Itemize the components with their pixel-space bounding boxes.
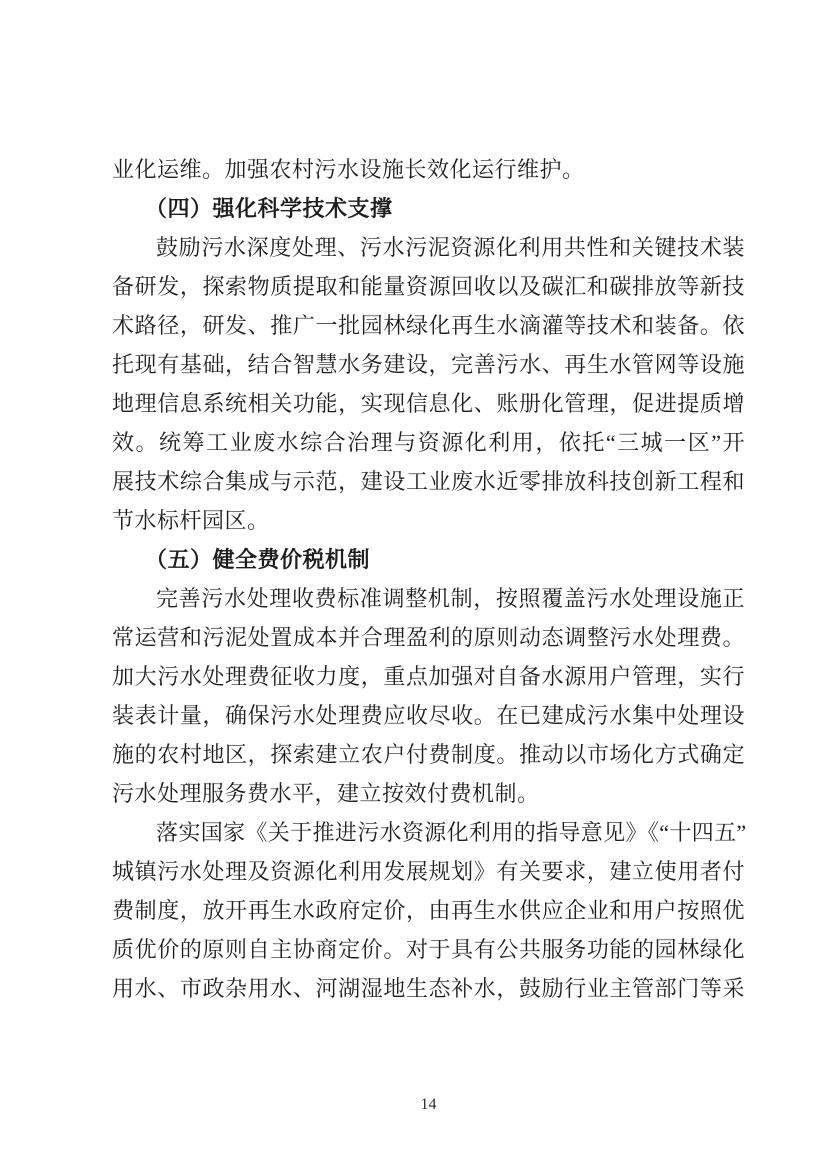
text-line: 用水、市政杂用水、河湖湿地生态补水，鼓励行业主管部门等采: [112, 969, 745, 1008]
section-heading: （五）健全费价税机制: [112, 540, 745, 579]
text-line: 鼓励污水深度处理、污水污泥资源化利用共性和关键技术装: [112, 228, 745, 267]
text-line: 施的农村地区，探索建立农户付费制度。推动以市场化方式确定: [112, 735, 745, 774]
text-line: 完善污水处理收费标准调整机制，按照覆盖污水处理设施正: [112, 579, 745, 618]
text-line: 污水处理服务费水平，建立按效付费机制。: [112, 774, 745, 813]
document-body: 业化运维。加强农村污水设施长效化运行维护。（四）强化科学技术支撑鼓励污水深度处理…: [112, 150, 745, 1008]
text-line: 地理信息系统相关功能，实现信息化、账册化管理，促进提质增: [112, 384, 745, 423]
text-line: 加大污水处理费征收力度，重点加强对自备水源用户管理，实行: [112, 657, 745, 696]
text-line: 城镇污水处理及资源化利用发展规划》有关要求，建立使用者付: [112, 852, 745, 891]
text-line: 术路径，研发、推广一批园林绿化再生水滴灌等技术和装备。依: [112, 306, 745, 345]
document-page: 业化运维。加强农村污水设施长效化运行维护。（四）强化科学技术支撑鼓励污水深度处理…: [0, 0, 827, 1169]
text-line: 落实国家《关于推进污水资源化利用的指导意见》《“十四五”: [112, 813, 745, 852]
text-line: 质优价的原则自主协商定价。对于具有公共服务功能的园林绿化: [112, 930, 745, 969]
text-line: 装表计量，确保污水处理费应收尽收。在已建成污水集中处理设: [112, 696, 745, 735]
text-line: 托现有基础，结合智慧水务建设，完善污水、再生水管网等设施: [112, 345, 745, 384]
text-line: 展技术综合集成与示范，建设工业废水近零排放科技创新工程和: [112, 462, 745, 501]
text-line: 常运营和污泥处置成本并合理盈利的原则动态调整污水处理费。: [112, 618, 745, 657]
text-line: 效。统筹工业废水综合治理与资源化利用，依托“三城一区”开: [112, 423, 745, 462]
page-number: 14: [112, 1096, 745, 1114]
text-line: 节水标杆园区。: [112, 501, 745, 540]
text-line: 备研发，探索物质提取和能量资源回收以及碳汇和碳排放等新技: [112, 267, 745, 306]
section-heading: （四）强化科学技术支撑: [112, 189, 745, 228]
text-line: 费制度，放开再生水政府定价，由再生水供应企业和用户按照优: [112, 891, 745, 930]
text-line: 业化运维。加强农村污水设施长效化运行维护。: [112, 150, 745, 189]
